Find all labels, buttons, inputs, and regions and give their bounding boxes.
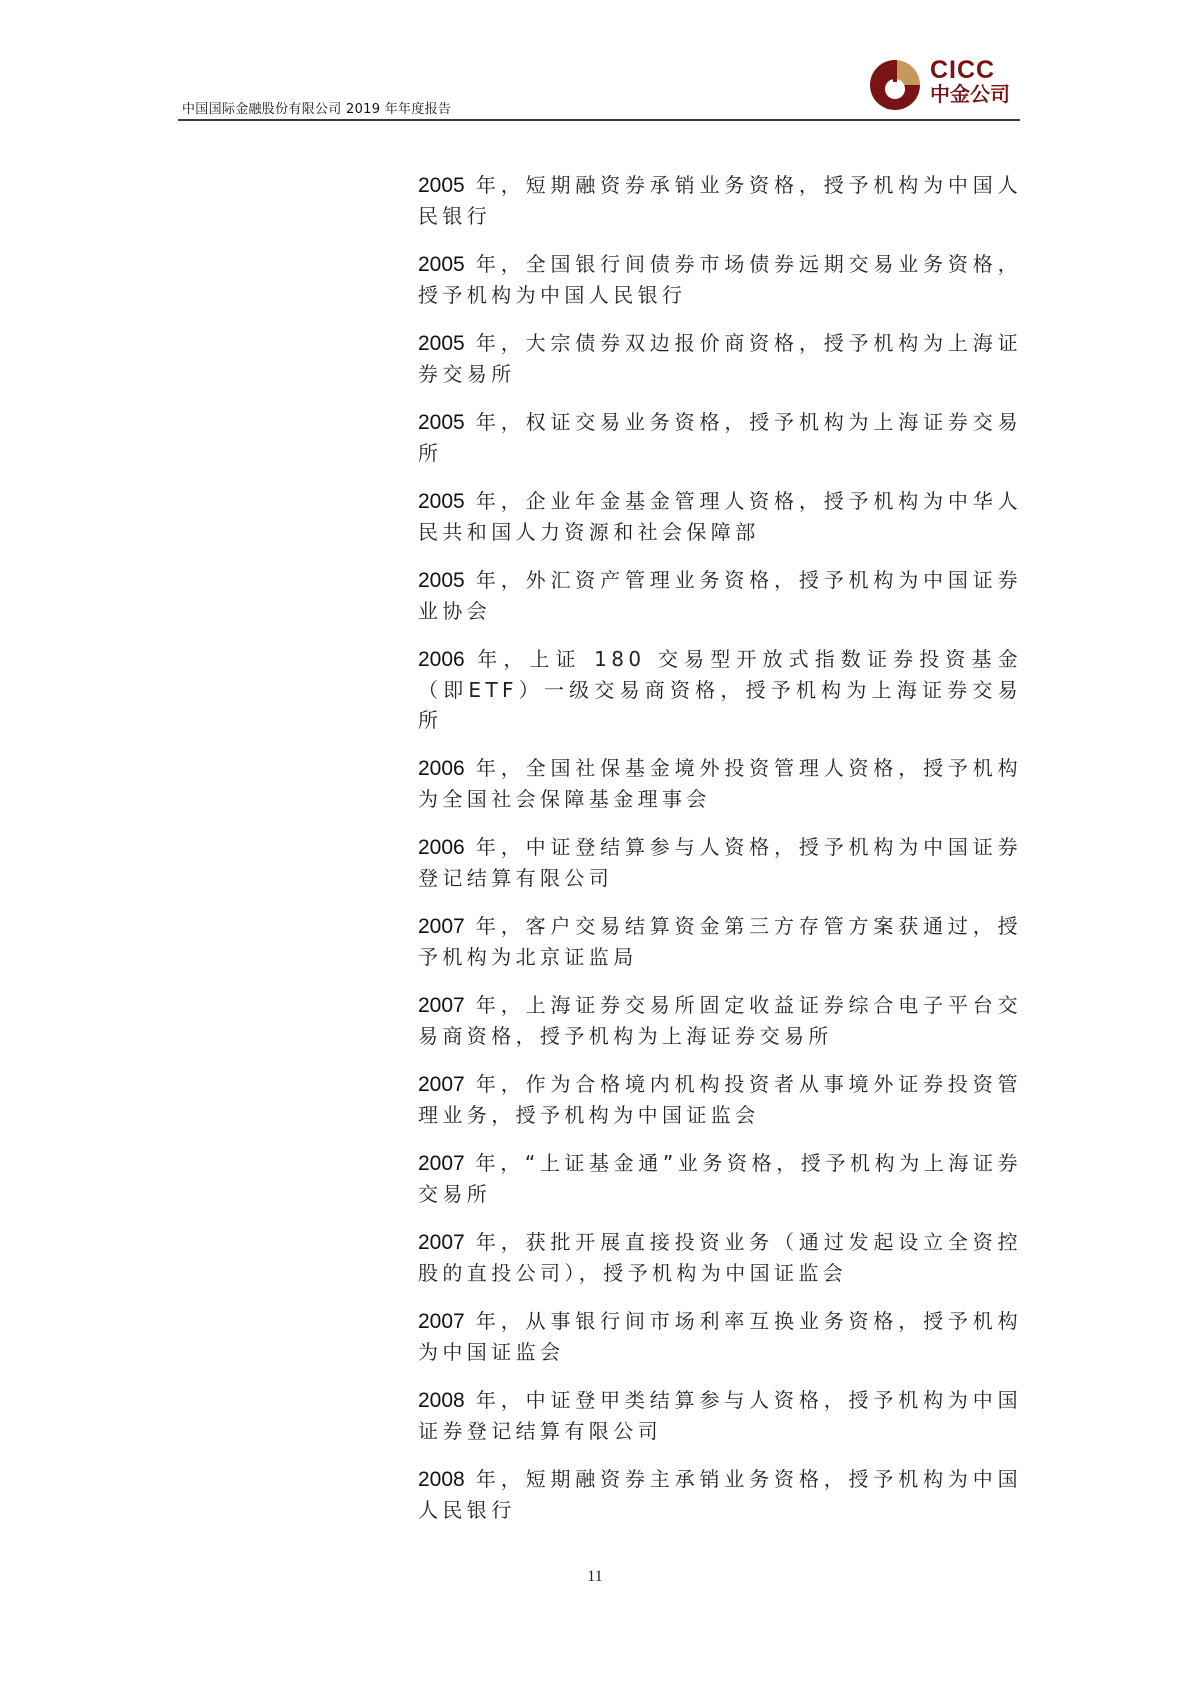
entry-text: 年，“上证基金通”业务资格，授予机构为上海证券交易所: [418, 1151, 1022, 1206]
qualifications-list: 2005 年，短期融资券承销业务资格，授予机构为中国人民银行 2005 年，全国…: [418, 170, 1022, 1543]
entry-text: 年，客户交易结算资金第三方存管方案获通过，授予机构为北京证监局: [418, 914, 1022, 969]
entry-text: 年，短期融资券承销业务资格，授予机构为中国人民银行: [418, 173, 1022, 228]
entry-year: 2007: [418, 994, 465, 1017]
entry-text: 年，作为合格境内机构投资者从事境外证券投资管理业务，授予机构为中国证监会: [418, 1072, 1022, 1127]
entry-year: 2005: [418, 490, 465, 513]
list-item: 2007 年，获批开展直接投资业务（通过发起设立全资控股的直投公司），授予机构为…: [418, 1227, 1022, 1288]
cicc-logo: CICC 中金公司: [868, 56, 1020, 114]
list-item: 2006 年，中证登结算参与人资格，授予机构为中国证券登记结算有限公司: [418, 832, 1022, 893]
entry-year: 2006: [418, 648, 465, 671]
entry-year: 2008: [418, 1389, 465, 1412]
list-item: 2005 年，短期融资券承销业务资格，授予机构为中国人民银行: [418, 170, 1022, 231]
entry-text: 年，外汇资产管理业务资格，授予机构为中国证券业协会: [418, 568, 1022, 623]
entry-year: 2005: [418, 174, 465, 197]
entry-year: 2007: [418, 915, 465, 938]
logo-name-en: CICC: [930, 58, 1010, 83]
entry-year: 2005: [418, 332, 465, 355]
entry-text: 年，企业年金基金管理人资格，授予机构为中华人民共和国人力资源和社会保障部: [418, 489, 1022, 544]
list-item: 2008 年，中证登甲类结算参与人资格，授予机构为中国证券登记结算有限公司: [418, 1385, 1022, 1446]
page-header: 中国国际金融股份有限公司 2019 年年度报告 CICC 中金公司: [178, 56, 1020, 122]
entry-year: 2007: [418, 1231, 465, 1254]
cicc-logo-icon: [868, 58, 922, 112]
logo-name-cn: 中金公司: [930, 85, 1010, 105]
page-number: 11: [0, 1568, 1190, 1586]
list-item: 2007 年，“上证基金通”业务资格，授予机构为上海证券交易所: [418, 1148, 1022, 1209]
list-item: 2005 年，大宗债券双边报价商资格，授予机构为上海证券交易所: [418, 328, 1022, 389]
entry-text: 年，全国社保基金境外投资管理人资格，授予机构为全国社会保障基金理事会: [418, 756, 1022, 811]
entry-year: 2005: [418, 411, 465, 434]
entry-text: 年，从事银行间市场利率互换业务资格，授予机构为中国证监会: [418, 1309, 1022, 1364]
report-title: 中国国际金融股份有限公司 2019 年年度报告: [182, 98, 451, 117]
list-item: 2007 年，从事银行间市场利率互换业务资格，授予机构为中国证监会: [418, 1306, 1022, 1367]
entry-text: 年，获批开展直接投资业务（通过发起设立全资控股的直投公司），授予机构为中国证监会: [418, 1230, 1022, 1285]
entry-text: 年，中证登结算参与人资格，授予机构为中国证券登记结算有限公司: [418, 835, 1022, 890]
entry-text: 年，中证登甲类结算参与人资格，授予机构为中国证券登记结算有限公司: [418, 1388, 1022, 1443]
entry-year: 2007: [418, 1152, 465, 1175]
list-item: 2006 年，上证 180 交易型开放式指数证券投资基金（即ETF）一级交易商资…: [418, 644, 1022, 735]
entry-year: 2005: [418, 253, 465, 276]
list-item: 2007 年，作为合格境内机构投资者从事境外证券投资管理业务，授予机构为中国证监…: [418, 1069, 1022, 1130]
entry-text: 年，上海证券交易所固定收益证券综合电子平台交易商资格，授予机构为上海证券交易所: [418, 993, 1022, 1048]
list-item: 2007 年，上海证券交易所固定收益证券综合电子平台交易商资格，授予机构为上海证…: [418, 990, 1022, 1051]
entry-year: 2006: [418, 836, 465, 859]
list-item: 2005 年，权证交易业务资格，授予机构为上海证券交易所: [418, 407, 1022, 468]
list-item: 2005 年，全国银行间债券市场债券远期交易业务资格，授予机构为中国人民银行: [418, 249, 1022, 310]
entry-year: 2007: [418, 1310, 465, 1333]
entry-year: 2007: [418, 1073, 465, 1096]
entry-text: 年，短期融资券主承销业务资格，授予机构为中国人民银行: [418, 1467, 1022, 1522]
entry-year: 2006: [418, 757, 465, 780]
entry-text: 年，大宗债券双边报价商资格，授予机构为上海证券交易所: [418, 331, 1022, 386]
list-item: 2008 年，短期融资券主承销业务资格，授予机构为中国人民银行: [418, 1464, 1022, 1525]
logo-text: CICC 中金公司: [930, 58, 1010, 105]
entry-year: 2005: [418, 569, 465, 592]
entry-text: 年，全国银行间债券市场债券远期交易业务资格，授予机构为中国人民银行: [418, 252, 1022, 307]
header-divider: [178, 119, 1020, 121]
entry-text: 年，上证 180 交易型开放式指数证券投资基金（即ETF）一级交易商资格，授予机…: [418, 647, 1022, 732]
list-item: 2005 年，外汇资产管理业务资格，授予机构为中国证券业协会: [418, 565, 1022, 626]
entry-year: 2008: [418, 1468, 465, 1491]
entry-text: 年，权证交易业务资格，授予机构为上海证券交易所: [418, 410, 1022, 465]
list-item: 2007 年，客户交易结算资金第三方存管方案获通过，授予机构为北京证监局: [418, 911, 1022, 972]
list-item: 2005 年，企业年金基金管理人资格，授予机构为中华人民共和国人力资源和社会保障…: [418, 486, 1022, 547]
list-item: 2006 年，全国社保基金境外投资管理人资格，授予机构为全国社会保障基金理事会: [418, 753, 1022, 814]
